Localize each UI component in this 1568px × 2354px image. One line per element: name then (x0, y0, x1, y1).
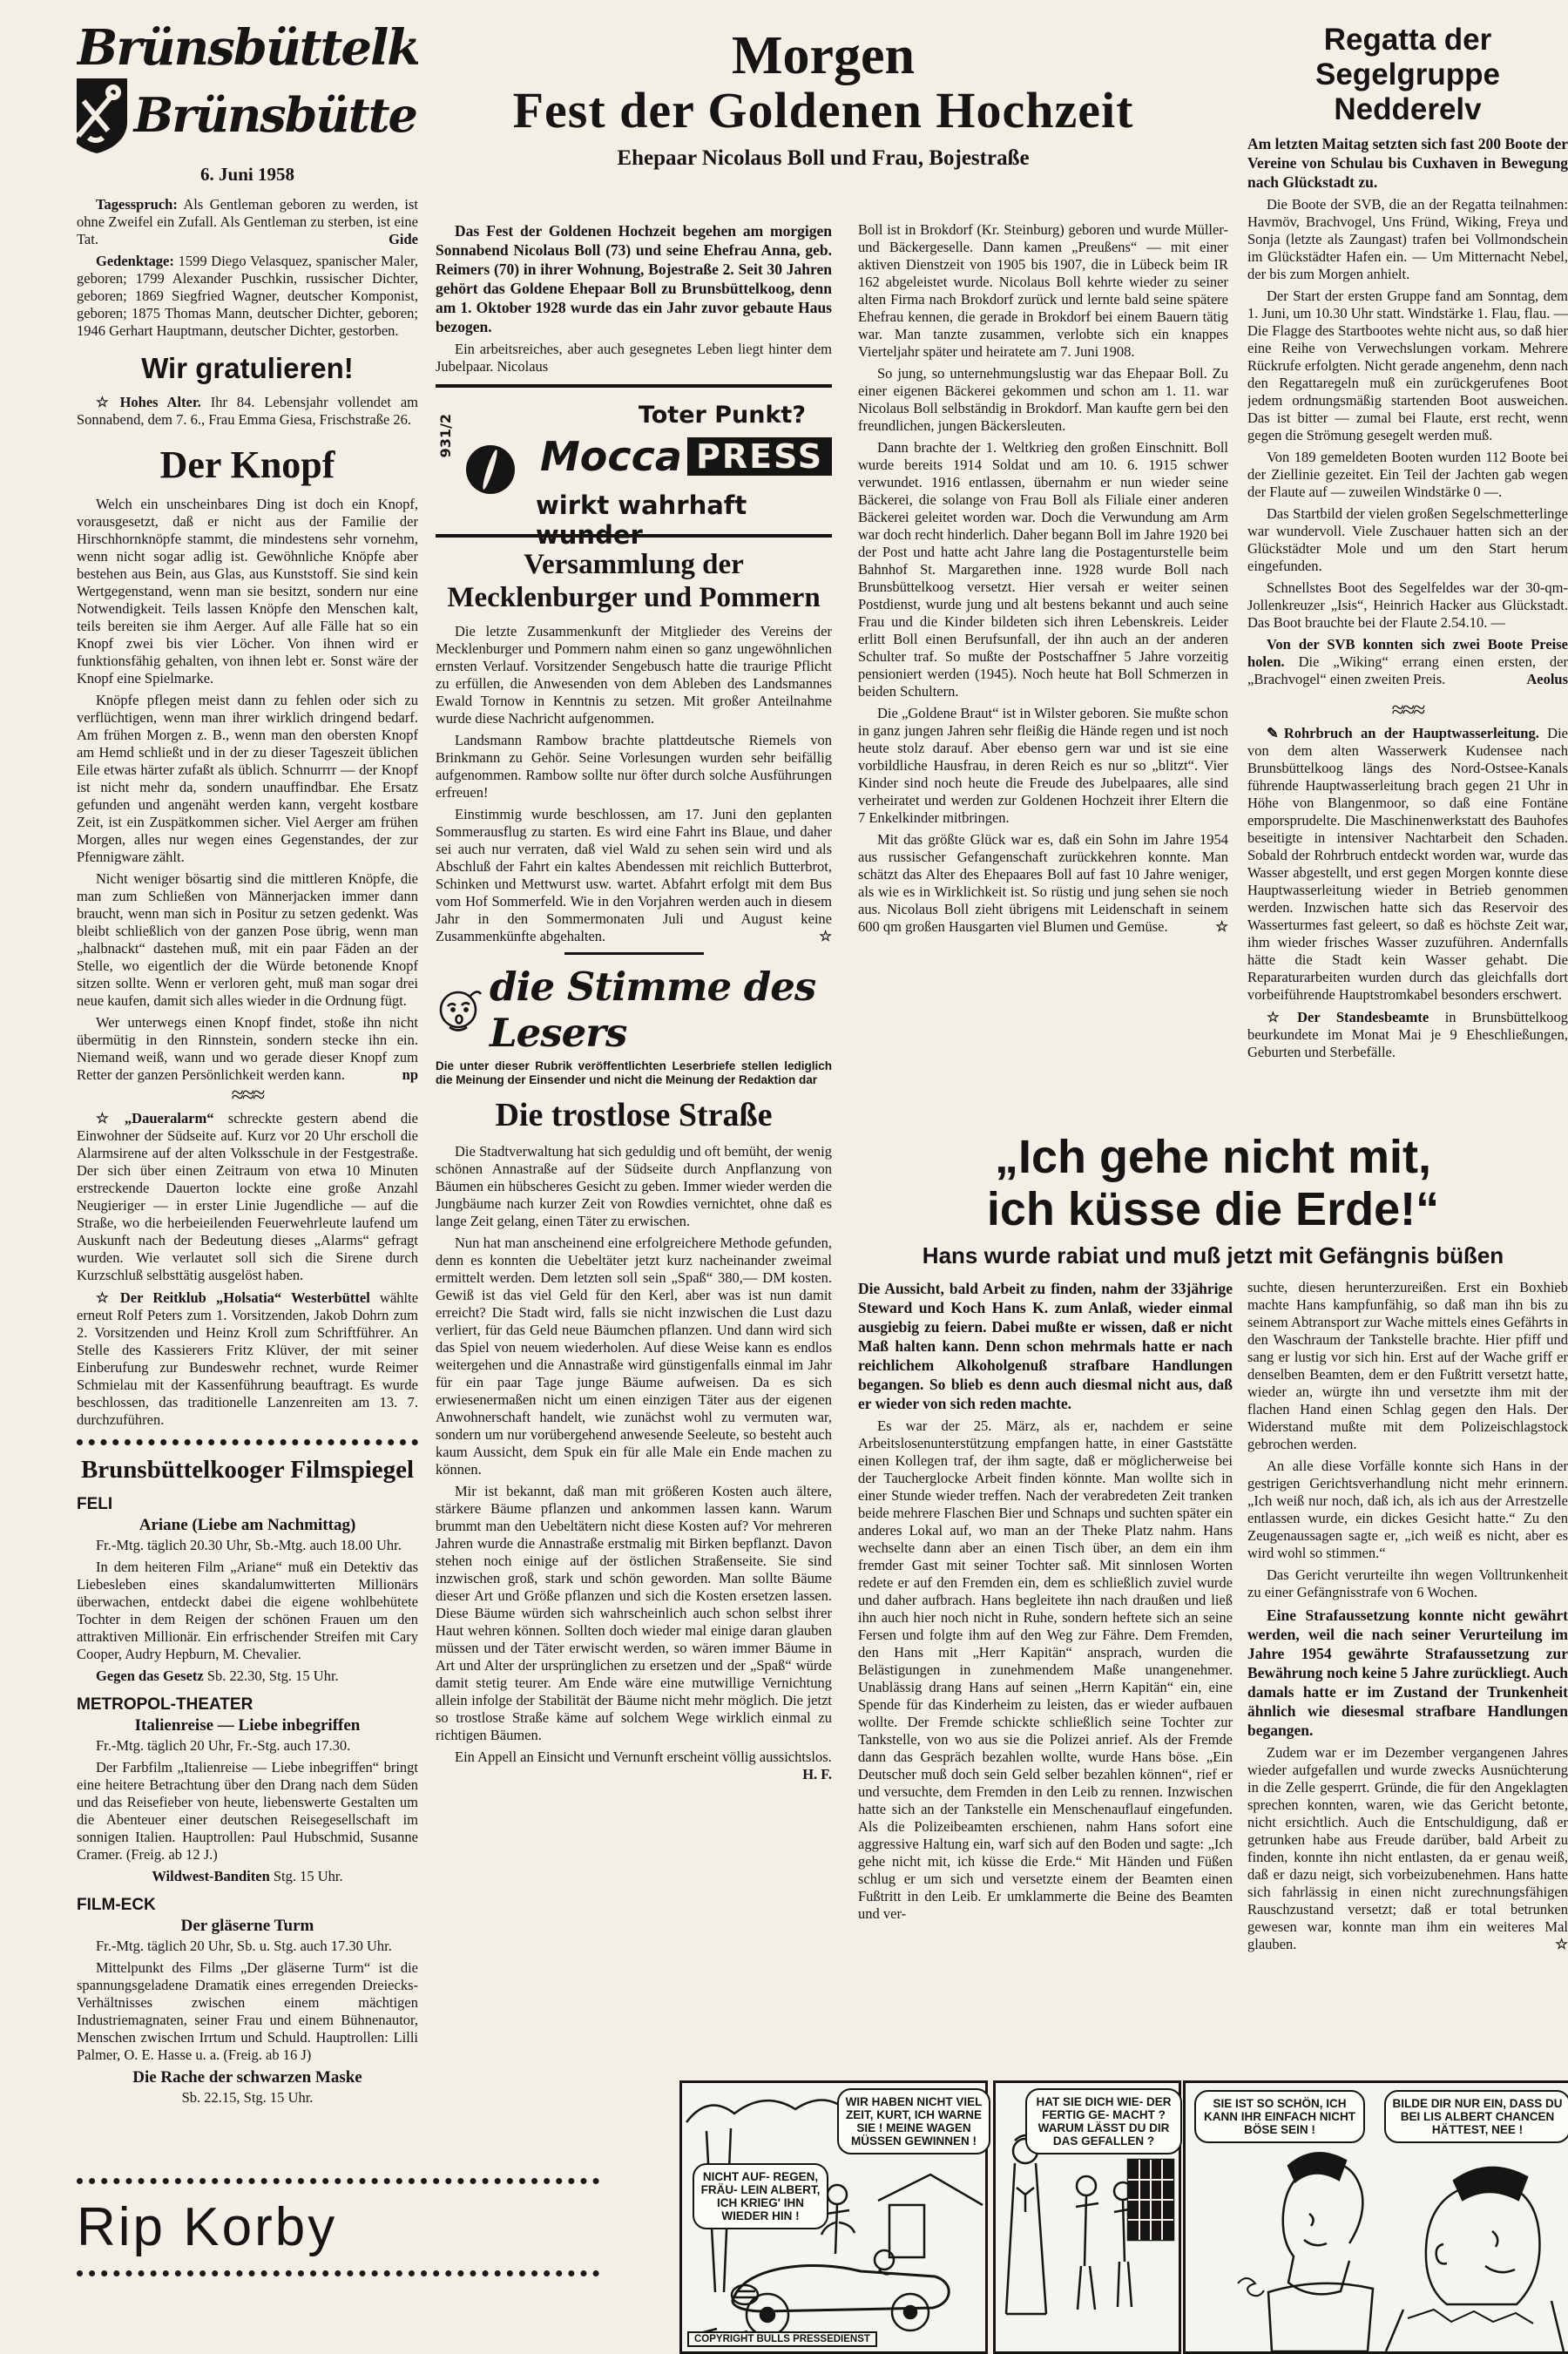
ad-brand-mocca: Mocca (540, 433, 682, 480)
headline-title: Fest der Goldenen Hochzeit (436, 84, 1211, 138)
trostlose-paragraph: Nun hat man anscheinend eine erfolgreich… (436, 1234, 832, 1478)
ad-brand-press: PRESS (687, 437, 832, 476)
headline-kicker: Morgen (436, 28, 1211, 84)
hochzeit-paragraph: Boll ist in Brokdorf (Kr. Steinburg) geb… (858, 221, 1228, 361)
knopf-paragraph: Welch ein unscheinbares Ding ist doch ei… (77, 496, 418, 687)
star-icon: ☆ (1555, 1936, 1568, 1953)
knopf-paragraph: Nicht weniger bösartig sind die mittlere… (77, 870, 418, 1010)
film-times: Fr.-Mtg. täglich 20 Uhr, Fr.-Stg. auch 1… (77, 1737, 418, 1755)
star-icon: ☆ (96, 394, 115, 410)
versammlung-paragraph: Die letzte Zusammenkunft der Mitglieder … (436, 623, 832, 727)
erde-paragraph-bold: Eine Strafaussetzung konnte nicht gewähr… (1247, 1606, 1568, 1740)
coffee-bean-icon (466, 445, 515, 494)
comic-panel-3: SIE IST SO SCHÖN, ICH KANN IHR EINFACH N… (1183, 2080, 1568, 2354)
comic-title-block: Rip Korby (77, 2168, 617, 2342)
knopf-paragraph: Wer unterwegs einen Knopf findet, stoße … (77, 1014, 418, 1084)
cinema-name: FILM-ECK (77, 1896, 418, 1915)
film-title: Der gläserne Turm (77, 1917, 418, 1936)
speech-bubble: NICHT AUF- REGEN, FRÄU- LEIN ALBERT, ICH… (693, 2163, 828, 2229)
headline-subtitle: Hans wurde rabiat und muß jetzt mit Gefä… (858, 1242, 1568, 1268)
column-right: Regatta der Segelgruppe Nedderelv Am let… (1247, 23, 1568, 1126)
regatta-paragraph: Das Startbild der vielen großen Segelsch… (1247, 505, 1568, 575)
crest-shield-icon (77, 75, 131, 155)
knopf-paragraph: Knöpfe pflegen meist dann zu fehlen oder… (77, 692, 418, 866)
masthead-line1: Brünsbüttelkoog (77, 23, 418, 73)
masthead: Brünsbüttelkoog (77, 23, 418, 155)
news-item-standesbeamte: ☆Der Standesbeamte in Brunsbüttelkoog be… (1247, 1009, 1568, 1061)
erde-paragraph: Das Gericht verurteilte ihn wegen Volltr… (1247, 1566, 1568, 1601)
trostlose-paragraph: Mir ist bekannt, daß man mit größeren Ko… (436, 1483, 832, 1744)
mocca-press-ad: 931/2 Toter Punkt? Mocca PRESS wirkt wah… (436, 384, 832, 538)
regatta-paragraph: Schnellstes Boot des Segelfeldes war der… (1247, 579, 1568, 632)
erde-paragraph: Zudem war er im Dezember vergangenen Jah… (1247, 1744, 1568, 1953)
film-description: In dem heiteren Film „Ariane“ muß ein De… (77, 1559, 418, 1663)
trostlose-paragraph: Die Stadtverwaltung hat sich geduldig un… (436, 1143, 832, 1230)
article-title-der-knopf: Der Knopf (77, 443, 418, 487)
cinema-name: METROPOL-THEATER (77, 1695, 418, 1715)
regatta-paragraph: Von 189 gemeldeten Booten wurden 112 Boo… (1247, 449, 1568, 501)
stimme-logo-text: die Stimme des Lesers (490, 964, 832, 1056)
erde-paragraph: suchte, diesen herunterzureißen. Erst ei… (1247, 1279, 1568, 1453)
speech-bubble: BILDE DIR NUR EIN, DASS DU BEI LIS ALBER… (1384, 2090, 1568, 2143)
column-left: Brünsbüttelkoog (77, 23, 418, 2349)
author-initials: H. F. (802, 1766, 832, 1783)
hochzeit-paragraph: Mit das größte Glück war es, daß ein Soh… (858, 831, 1228, 936)
comic-panel-1: NICHT AUF- REGEN, FRÄU- LEIN ALBERT, ICH… (679, 2080, 988, 2354)
chain-divider (77, 1439, 418, 1445)
author-pseudonym: Aeolus (1526, 671, 1568, 688)
erde-headline-block: „Ich gehe nicht mit, ich küsse die Erde!… (858, 1131, 1568, 1268)
hochzeit-paragraph: Ein arbeitsreiches, aber auch gesegnetes… (436, 341, 832, 375)
news-item-hohes-alter: ☆Hohes Alter. Ihr 84. Lebensjahr vollend… (77, 394, 418, 429)
star-icon: ☆ (1215, 918, 1228, 936)
headline-title: „Ich gehe nicht mit, ich küsse die Erde!… (858, 1131, 1568, 1235)
column-3: Boll ist in Brokdorf (Kr. Steinburg) geb… (858, 221, 1228, 1124)
speech-bubble: WIR HABEN NICHT VIEL ZEIT, KURT, ICH WAR… (837, 2088, 990, 2154)
film-times: Fr.-Mtg. täglich 20 Uhr, Sb. u. Stg. auc… (77, 1938, 418, 1955)
speech-bubble: SIE IST SO SCHÖN, ICH KANN IHR EINFACH N… (1194, 2090, 1365, 2143)
erde-paragraph: An alle diese Vorfälle konnte sich Hans … (1247, 1458, 1568, 1562)
film-description: Mittelpunkt des Films „Der gläserne Turm… (77, 1959, 418, 2064)
news-item-daueralarm: ☆„Daueralarm“ schreckte gestern abend di… (77, 1110, 418, 1284)
speech-bubble: HAT SIE DICH WIE- DER FERTIG GE- MACHT ?… (1025, 2088, 1182, 2154)
versammlung-paragraph: Einstimmig wurde beschlossen, am 17. Jun… (436, 806, 832, 945)
section-title-filmspiegel: Brunsbüttelkooger Filmspiegel (77, 1456, 418, 1485)
ad-claim: wirkt wahrhaft wunder (536, 490, 832, 550)
stimme-disclaimer: Die unter dieser Rubrik veröffentlichten… (436, 1059, 832, 1087)
star-icon: ☆ (96, 1110, 119, 1126)
masthead-line2: Brünsbüttel (134, 87, 418, 143)
film-extra-title: Die Rache der schwarzen Maske (77, 2068, 418, 2087)
headline-subtitle: Ehepaar Nicolaus Boll und Frau, Bojestra… (436, 146, 1211, 171)
chain-divider (77, 2270, 599, 2276)
tagesspruch-signature: Gide (389, 231, 418, 248)
comic-title: Rip Korby (77, 2196, 617, 2258)
hochzeit-headline-block: Morgen Fest der Goldenen Hochzeit Ehepaa… (436, 28, 1211, 216)
hochzeit-lead: Das Fest der Goldenen Hochzeit begehen a… (436, 221, 832, 336)
hochzeit-paragraph: So jung, so unternehmungslustig war das … (858, 365, 1228, 435)
film-times: Fr.-Mtg. täglich 20.30 Uhr, Sb.-Mtg. auc… (77, 1537, 418, 1554)
film-extra: Wildwest-Banditen Stg. 15 Uhr. (77, 1868, 418, 1885)
issue-date: 6. Juni 1958 (77, 164, 418, 186)
star-icon: ☆ (819, 928, 832, 945)
gedenktage: Gedenktage: 1599 Diego Velasquez, spanis… (77, 253, 418, 340)
film-description: Der Farbfilm „Italienreise — Liebe inbeg… (77, 1759, 418, 1864)
news-item-reitklub: ☆Der Reitklub „Holsatia“ Westerbüttel wä… (77, 1289, 418, 1429)
film-title: Italienreise — Liebe inbegriffen (77, 1716, 418, 1735)
comic-panel-2: HAT SIE DICH WIE- DER FERTIG GE- MACHT ?… (993, 2080, 1181, 2354)
film-extra-times: Sb. 22.15, Stg. 15 Uhr. (77, 2089, 418, 2107)
article-title-regatta: Regatta der Segelgruppe Nedderelv (1247, 23, 1568, 127)
erde-paragraph: Es war der 25. März, als er, nachdem er … (858, 1417, 1233, 1923)
ad-tagline: Toter Punkt? (639, 402, 806, 429)
regatta-paragraph: Der Start der ersten Gruppe fand am Sonn… (1247, 287, 1568, 444)
chain-divider (77, 2178, 599, 2184)
regatta-paragraph: Die Boote der SVB, die an der Regatta te… (1247, 196, 1568, 283)
section-title-gratulieren: Wir gratulieren! (77, 352, 418, 385)
wave-divider-icon: ≈≈≈ (77, 1089, 418, 1101)
stimme-des-lesers-logo: die Stimme des Lesers (436, 964, 832, 1056)
rule-divider (564, 952, 704, 955)
erde-column-a: Die Aussicht, bald Arbeit zu finden, nah… (858, 1279, 1233, 1997)
column-2: Das Fest der Goldenen Hochzeit begehen a… (436, 221, 832, 2056)
pen-icon: ✎ (1267, 725, 1279, 741)
versammlung-paragraph: Landsmann Rambow brachte plattdeutsche R… (436, 732, 832, 802)
article-title-trostlose: Die trostlose Straße (436, 1096, 832, 1134)
cinema-name: FELI (77, 1495, 418, 1514)
regatta-prize-paragraph: Von der SVB konnten sich zwei Boote Prei… (1247, 636, 1568, 688)
tagesspruch: Tagesspruch: Als Gentleman geboren zu we… (77, 196, 418, 248)
wave-divider-icon: ≈≈≈ (1247, 704, 1568, 716)
trostlose-paragraph: Ein Appell an Einsicht und Vernunft ersc… (436, 1749, 832, 1766)
regatta-lead: Am letzten Maitag setzten sich fast 200 … (1247, 134, 1568, 192)
comic-copyright: COPYRIGHT BULLS PRESSEDIENST (687, 2331, 877, 2347)
article-title-versammlung: Versammlung der Mecklenburger und Pommer… (436, 548, 832, 614)
hochzeit-paragraph: Dann brachte der 1. Weltkrieg den großen… (858, 439, 1228, 700)
film-title: Ariane (Liebe am Nachmittag) (77, 1516, 418, 1535)
newspaper-page: Brünsbüttelkoog (0, 0, 1568, 2354)
ad-code: 931/2 (437, 414, 454, 457)
news-item-rohrbruch: ✎Rohrbruch an der Hauptwasserleitung. Di… (1247, 725, 1568, 1004)
star-icon: ☆ (96, 1289, 115, 1306)
erde-lead: Die Aussicht, bald Arbeit zu finden, nah… (858, 1279, 1233, 1413)
hochzeit-paragraph: Die „Goldene Braut“ ist in Wilster gebor… (858, 705, 1228, 827)
film-extra: Gegen das Gesetz Sb. 22.30, Stg. 15 Uhr. (77, 1667, 418, 1685)
author-initials: np (402, 1066, 418, 1084)
star-icon: ☆ (1267, 1009, 1292, 1025)
erde-column-b: suchte, diesen herunterzureißen. Erst ei… (1247, 1279, 1568, 1997)
reader-face-icon (436, 984, 483, 1036)
